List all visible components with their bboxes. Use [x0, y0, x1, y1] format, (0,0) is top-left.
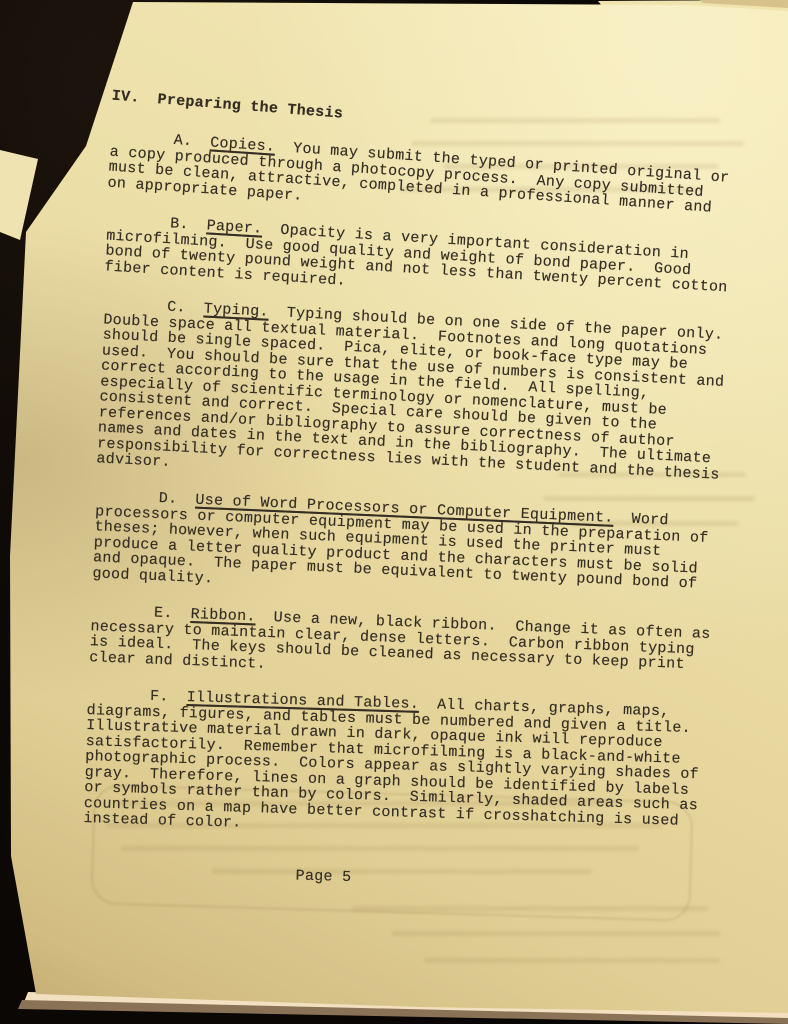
section-body: Word processors or computer equipment ma…: [92, 503, 718, 593]
spacer: [613, 522, 631, 523]
bleedthrough-line: [352, 906, 708, 911]
photo-of-document: IV.Preparing the ThesisA.Copies.You may …: [0, 0, 788, 1024]
section-paragraph-typing: C.Typing.Typing should be on one side of…: [96, 296, 732, 498]
section-paragraph-word-processors: D.Use of Word Processors or Computer Equ…: [92, 488, 723, 608]
spacer: [186, 311, 204, 312]
spacer: [192, 145, 210, 146]
spacer: [169, 700, 187, 701]
bleedthrough-line: [392, 931, 720, 936]
spacer: [269, 315, 287, 316]
heading-spacer: [139, 102, 157, 103]
section-body: Opacity is a very important consideratio…: [104, 221, 737, 296]
section-body: All charts, graphs, maps, diagrams, figu…: [83, 696, 710, 831]
section-body: Typing should be on one side of the pape…: [96, 304, 742, 483]
spacer: [256, 620, 274, 621]
bleedthrough-line: [424, 958, 720, 963]
document-page: IV.Preparing the ThesisA.Copies.You may …: [0, 0, 788, 1024]
heading-number: IV.: [111, 88, 140, 107]
spacer: [189, 228, 207, 229]
spacer: [262, 232, 280, 233]
heading-title: Preparing the Thesis: [157, 91, 344, 123]
section-body: Use a new, black ribbon. Change it as of…: [89, 609, 720, 673]
section-paragraph-illustrations: F.Illustrations and Tables.All charts, g…: [83, 687, 715, 845]
spacer: [275, 150, 293, 151]
section-paragraph-paper: B.Paper.Opacity is a very important cons…: [104, 212, 735, 311]
spacer: [177, 503, 195, 504]
typewritten-text: IV.Preparing the ThesisA.Copies.You may …: [80, 89, 739, 904]
section-paragraph-ribbon: E.Ribbon.Use a new, black ribbon. Change…: [89, 603, 719, 689]
spacer: [172, 617, 190, 618]
section-body: You may submit the typed or printed orig…: [107, 140, 739, 217]
spacer: [419, 708, 437, 709]
